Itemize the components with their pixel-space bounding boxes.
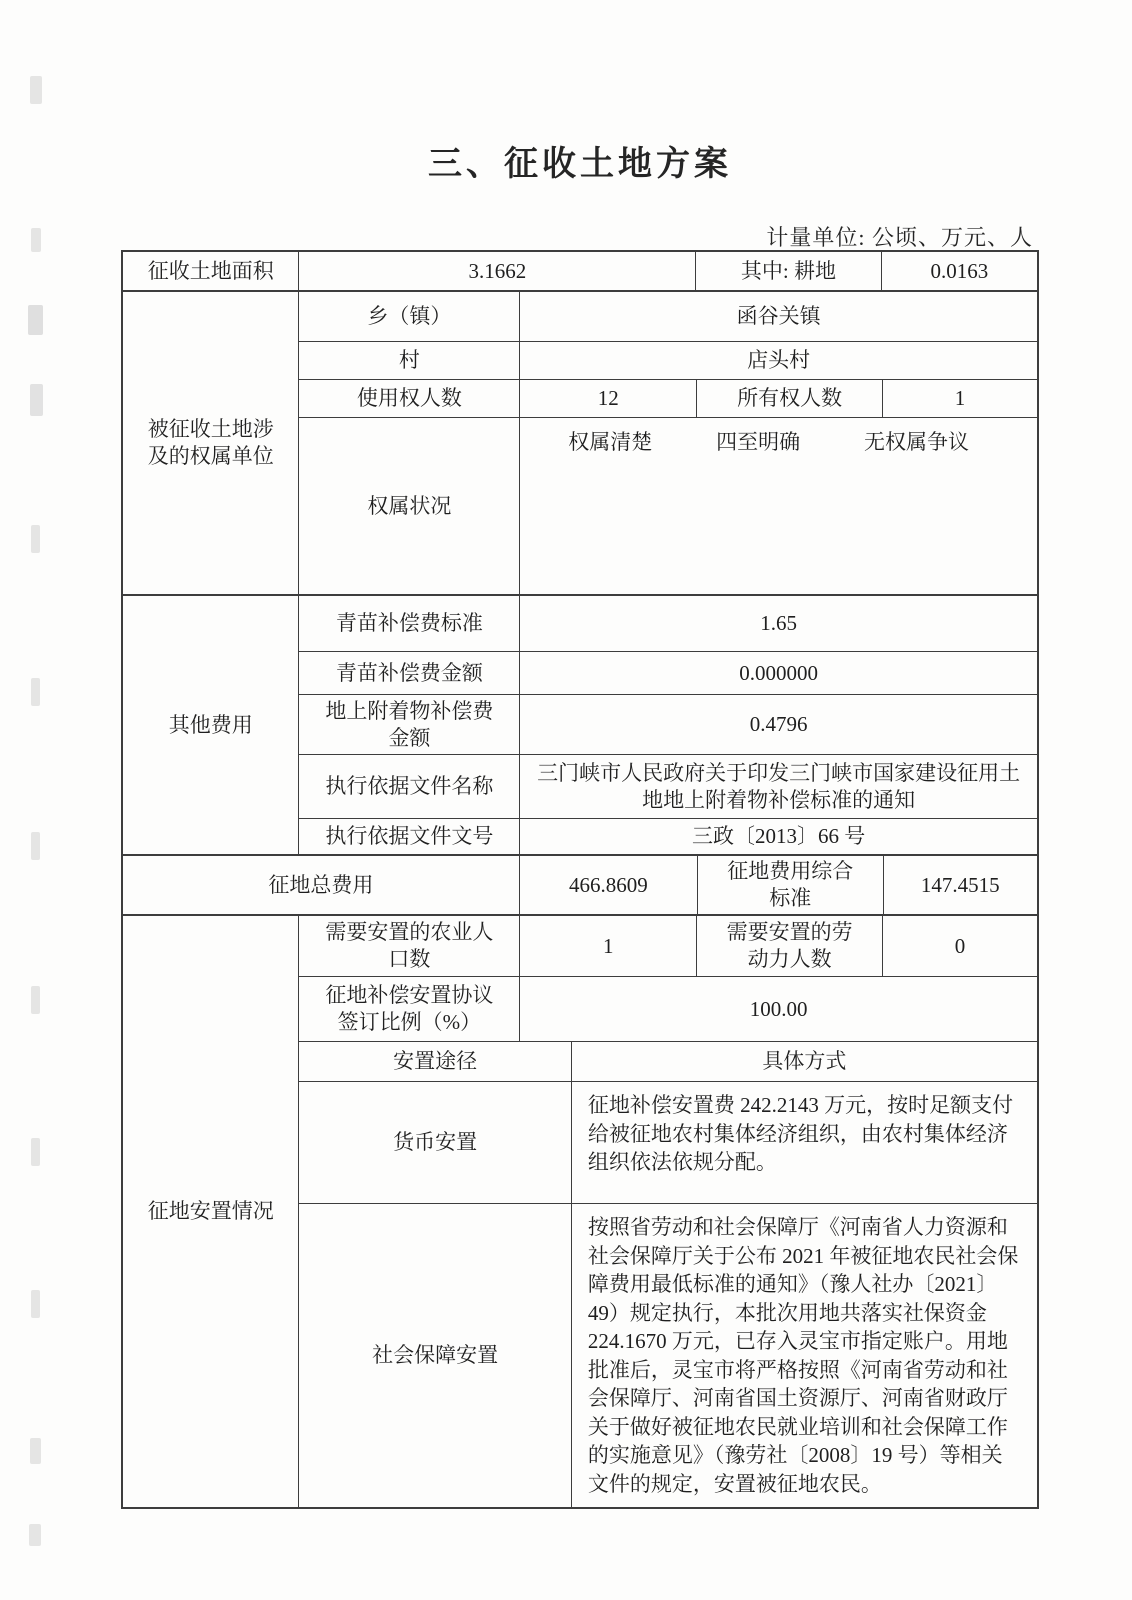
seedling-amount-value: 0.000000 [519,652,1037,694]
table-row: 青苗补偿费金额 0.000000 [299,651,1037,694]
monetary-resettlement-label: 货币安置 [299,1082,570,1203]
own-right-count-value: 1 [882,380,1037,417]
measurement-unit-note: 计量单位: 公顷、万元、人 [121,221,1033,252]
table-row: 征收土地面积 3.1662 其中: 耕地 0.0163 [123,252,1037,290]
comprehensive-standard-value: 147.4515 [883,856,1037,914]
own-right-count-label: 所有权人数 [696,380,882,417]
table-row: 社会保障安置 按照省劳动和社会保障厅《河南省人力资源和社会保障厅关于公布 202… [299,1203,1037,1507]
scan-artifact [30,384,43,416]
scan-artifact [29,1524,41,1546]
scan-artifact [31,228,41,252]
table-row: 地上附着物补偿费金额 0.4796 [299,694,1037,754]
basis-doc-name-value: 三门峡市人民政府关于印发三门峡市国家建设征用土地地上附着物补偿标准的通知 [519,755,1037,818]
cultivated-land-value: 0.0163 [881,252,1037,290]
ownership-status-value: 权属清楚 四至明确 无权属争议 [519,418,1037,594]
status-item-clear: 权属清楚 [568,429,652,456]
attachments-fee-value: 0.4796 [519,695,1037,754]
table-row: 征地补偿安置协议签订比例（%） 100.00 [299,976,1037,1041]
basis-doc-number-value: 三政〔2013〕66 号 [519,819,1037,854]
social-security-resettlement-method: 按照省劳动和社会保障厅《河南省人力资源和社会保障厅关于公布 2021 年被征地农… [571,1204,1037,1507]
table-row: 权属状况 权属清楚 四至明确 无权属争议 [299,417,1037,594]
scan-artifact [31,1138,40,1166]
scan-artifact [30,1438,41,1464]
area-value: 3.1662 [298,252,695,290]
seedling-amount-label: 青苗补偿费金额 [299,652,519,694]
township-value: 函谷关镇 [519,292,1037,341]
table-row: 乡（镇） 函谷关镇 [299,292,1037,341]
table-row: 青苗补偿费标准 1.65 [299,596,1037,651]
table-row: 安置途径 具体方式 [299,1041,1037,1081]
agri-population-value: 1 [519,916,696,976]
other-fees-section-label: 其他费用 [123,596,298,854]
resettlement-way-header: 安置途径 [299,1042,570,1081]
land-expropriation-table: 征收土地面积 3.1662 其中: 耕地 0.0163 被征收土地涉及的权属单位… [121,250,1039,1509]
ownership-section-label: 被征收土地涉及的权属单位 [123,292,298,594]
use-right-count-label: 使用权人数 [299,380,519,417]
basis-doc-number-label: 执行依据文件文号 [299,819,519,854]
resettlement-section-label: 征地安置情况 [123,916,298,1507]
scanned-document-page: 三、征收土地方案 计量单位: 公顷、万元、人 征收土地面积 3.1662 其中:… [0,0,1132,1600]
seedling-standard-label: 青苗补偿费标准 [299,596,519,651]
labor-count-value: 0 [882,916,1037,976]
agreement-ratio-label: 征地补偿安置协议签订比例（%） [299,977,519,1041]
township-label: 乡（镇） [299,292,519,341]
use-right-count-value: 12 [519,380,696,417]
table-row: 使用权人数 12 所有权人数 1 [299,379,1037,417]
table-row: 执行依据文件文号 三政〔2013〕66 号 [299,818,1037,854]
scan-artifact [31,832,40,860]
agreement-ratio-value: 100.00 [519,977,1037,1041]
total-cost-value: 466.8609 [519,856,697,914]
resettlement-method-header: 具体方式 [571,1042,1037,1081]
ownership-section: 被征收土地涉及的权属单位 乡（镇） 函谷关镇 村 店头村 使用权人数 12 所有… [123,290,1037,594]
scan-artifact [31,986,40,1014]
table-row: 村 店头村 [299,341,1037,379]
basis-doc-name-label: 执行依据文件名称 [299,755,519,818]
ownership-status-label: 权属状况 [299,418,519,594]
comprehensive-standard-label: 征地费用综合标准 [697,856,883,914]
status-item-boundaries: 四至明确 [716,429,800,456]
scan-artifact [30,76,42,104]
seedling-standard-value: 1.65 [519,596,1037,651]
status-item-no-dispute: 无权属争议 [864,429,969,456]
agri-population-label: 需要安置的农业人口数 [299,916,519,976]
social-security-resettlement-label: 社会保障安置 [299,1204,570,1507]
scan-artifact [31,1290,40,1318]
scan-artifact [31,678,40,706]
village-label: 村 [299,342,519,379]
total-cost-label: 征地总费用 [123,856,519,914]
village-value: 店头村 [519,342,1037,379]
attachments-fee-label: 地上附着物补偿费金额 [299,695,519,754]
table-row: 执行依据文件名称 三门峡市人民政府关于印发三门峡市国家建设征用土地地上附着物补偿… [299,754,1037,818]
scan-artifact [31,525,40,553]
table-row: 需要安置的农业人口数 1 需要安置的劳动力人数 0 [299,916,1037,976]
monetary-resettlement-method: 征地补偿安置费 242.2143 万元，按时足额支付给被征地农村集体经济组织，由… [571,1082,1037,1203]
scan-artifact [28,305,43,335]
labor-count-label: 需要安置的劳动力人数 [696,916,882,976]
total-cost-row: 征地总费用 466.8609 征地费用综合标准 147.4515 [123,854,1037,914]
table-row: 货币安置 征地补偿安置费 242.2143 万元，按时足额支付给被征地农村集体经… [299,1081,1037,1203]
area-label: 征收土地面积 [123,252,298,290]
page-title: 三、征收土地方案 [121,136,1039,185]
other-fees-section: 其他费用 青苗补偿费标准 1.65 青苗补偿费金额 0.000000 地上附着物… [123,594,1037,854]
cultivated-land-label: 其中: 耕地 [695,252,881,290]
resettlement-section: 征地安置情况 需要安置的农业人口数 1 需要安置的劳动力人数 0 征地补偿安置协… [123,914,1037,1507]
